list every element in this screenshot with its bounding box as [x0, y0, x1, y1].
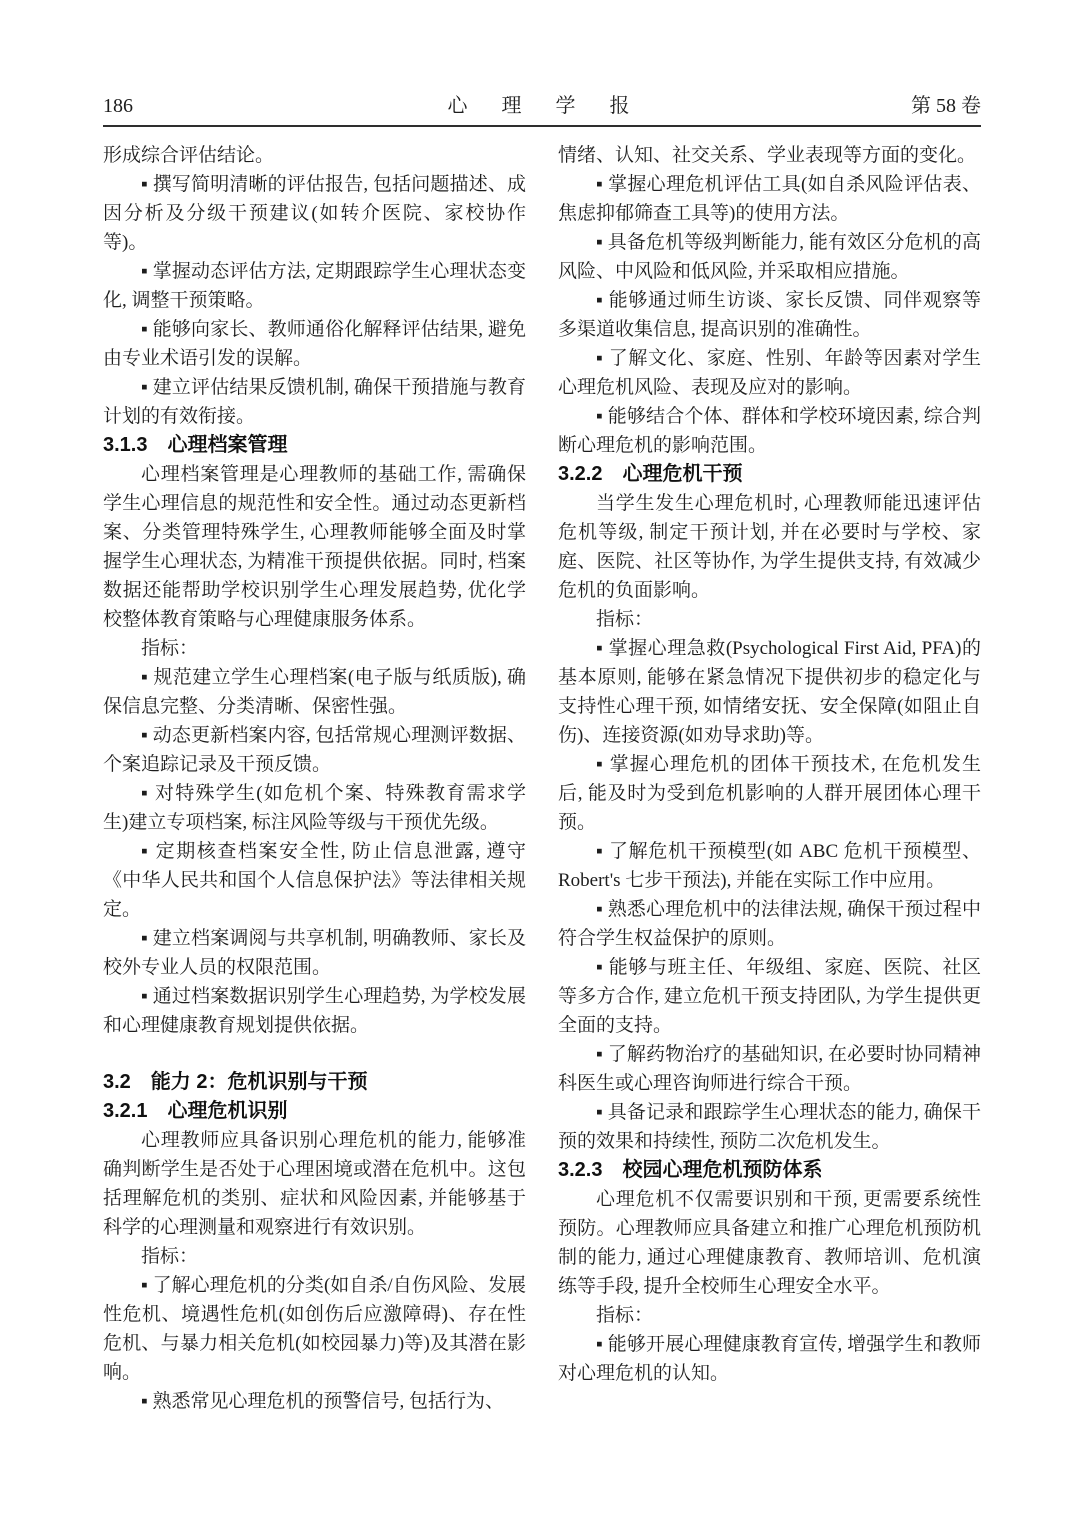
- paragraph: ▪ 对特殊学生(如危机个案、特殊教育需求学生)建立专项档案, 标注风险等级与干预…: [103, 779, 526, 837]
- paragraph: ▪ 了解心理危机的分类(如自杀/自伤风险、发展性危机、境遇性危机(如创伤后应激障…: [103, 1271, 526, 1387]
- paragraph: 心理档案管理是心理教师的基础工作, 需确保学生心理信息的规范性和安全性。通过动态…: [103, 460, 526, 634]
- page-body: 形成综合评估结论。▪ 撰写简明清晰的评估报告, 包括问题描述、成因分析及分级干预…: [103, 141, 981, 1416]
- paragraph: ▪ 能够通过师生访谈、家长反馈、同伴观察等多渠道收集信息, 提高识别的准确性。: [558, 286, 981, 344]
- paragraph: ▪ 能够结合个体、群体和学校环境因素, 综合判断心理危机的影响范围。: [558, 402, 981, 460]
- paragraph: 形成综合评估结论。: [103, 141, 526, 170]
- section-heading: 3.2 能力 2：危机识别与干预: [103, 1068, 526, 1097]
- paragraph: ▪ 建立档案调阅与共享机制, 明确教师、家长及校外专业人员的权限范围。: [103, 924, 526, 982]
- paragraph: ▪ 熟悉常见心理危机的预警信号, 包括行为、: [103, 1387, 526, 1416]
- volume-label: 第 58 卷: [911, 94, 981, 118]
- paragraph: ▪ 动态更新档案内容, 包括常规心理测评数据、个案追踪记录及干预反馈。: [103, 721, 526, 779]
- paragraph: ▪ 掌握心理急救(Psychological First Aid, PFA)的基…: [558, 634, 981, 750]
- paragraph: 指标：: [103, 634, 526, 663]
- paragraph: 当学生发生心理危机时, 心理教师能迅速评估危机等级, 制定干预计划, 并在必要时…: [558, 489, 981, 605]
- paragraph: ▪ 具备危机等级判断能力, 能有效区分危机的高风险、中风险和低风险, 并采取相应…: [558, 228, 981, 286]
- paragraph: 心理教师应具备识别心理危机的能力, 能够准确判断学生是否处于心理困境或潜在危机中…: [103, 1126, 526, 1242]
- section-heading: 3.2.2 心理危机干预: [558, 460, 981, 489]
- paragraph: ▪ 掌握心理危机评估工具(如自杀风险评估表、焦虑抑郁筛查工具等)的使用方法。: [558, 170, 981, 228]
- paragraph: 指标：: [558, 605, 981, 634]
- paragraph: ▪ 定期核查档案安全性, 防止信息泄露, 遵守《中华人民共和国个人信息保护法》等…: [103, 837, 526, 924]
- paragraph: ▪ 通过档案数据识别学生心理趋势, 为学校发展和心理健康教育规划提供依据。: [103, 982, 526, 1040]
- section-heading: 3.1.3 心理档案管理: [103, 431, 526, 460]
- paragraph: ▪ 撰写简明清晰的评估报告, 包括问题描述、成因分析及分级干预建议(如转介医院、…: [103, 170, 526, 257]
- journal-page: 186 心 理 学 报 第 58 卷 形成综合评估结论。▪ 撰写简明清晰的评估报…: [0, 0, 1080, 1528]
- paragraph: ▪ 建立评估结果反馈机制, 确保干预措施与教育计划的有效衔接。: [103, 373, 526, 431]
- left-column: 形成综合评估结论。▪ 撰写简明清晰的评估报告, 包括问题描述、成因分析及分级干预…: [103, 141, 526, 1416]
- section-heading: 3.2.1 心理危机识别: [103, 1097, 526, 1126]
- journal-title: 心 理 学 报: [448, 94, 637, 118]
- paragraph: 指标：: [103, 1242, 526, 1271]
- paragraph: 情绪、认知、社交关系、学业表现等方面的变化。: [558, 141, 981, 170]
- paragraph: ▪ 掌握动态评估方法, 定期跟踪学生心理状态变化, 调整干预策略。: [103, 257, 526, 315]
- paragraph: 指标：: [558, 1301, 981, 1330]
- paragraph: 心理危机不仅需要识别和干预, 更需要系统性预防。心理教师应具备建立和推广心理危机…: [558, 1185, 981, 1301]
- page-number: 186: [103, 94, 133, 118]
- paragraph: ▪ 能够与班主任、年级组、家庭、医院、社区等多方合作, 建立危机干预支持团队, …: [558, 953, 981, 1040]
- paragraph: ▪ 了解危机干预模型(如 ABC 危机干预模型、Robert's 七步干预法),…: [558, 837, 981, 895]
- right-column: 情绪、认知、社交关系、学业表现等方面的变化。▪ 掌握心理危机评估工具(如自杀风险…: [558, 141, 981, 1416]
- paragraph: ▪ 了解文化、家庭、性别、年龄等因素对学生心理危机风险、表现及应对的影响。: [558, 344, 981, 402]
- section-heading: 3.2.3 校园心理危机预防体系: [558, 1156, 981, 1185]
- paragraph: ▪ 具备记录和跟踪学生心理状态的能力, 确保干预的效果和持续性, 预防二次危机发…: [558, 1098, 981, 1156]
- paragraph: ▪ 熟悉心理危机中的法律法规, 确保干预过程中符合学生权益保护的原则。: [558, 895, 981, 953]
- paragraph: ▪ 掌握心理危机的团体干预技术, 在危机发生后, 能及时为受到危机影响的人群开展…: [558, 750, 981, 837]
- paragraph: ▪ 了解药物治疗的基础知识, 在必要时协同精神科医生或心理咨询师进行综合干预。: [558, 1040, 981, 1098]
- paragraph: ▪ 能够开展心理健康教育宣传, 增强学生和教师对心理危机的认知。: [558, 1330, 981, 1388]
- page-header: 186 心 理 学 报 第 58 卷: [103, 94, 981, 127]
- paragraph: ▪ 能够向家长、教师通俗化解释评估结果, 避免由专业术语引发的误解。: [103, 315, 526, 373]
- paragraph: ▪ 规范建立学生心理档案(电子版与纸质版), 确保信息完整、分类清晰、保密性强。: [103, 663, 526, 721]
